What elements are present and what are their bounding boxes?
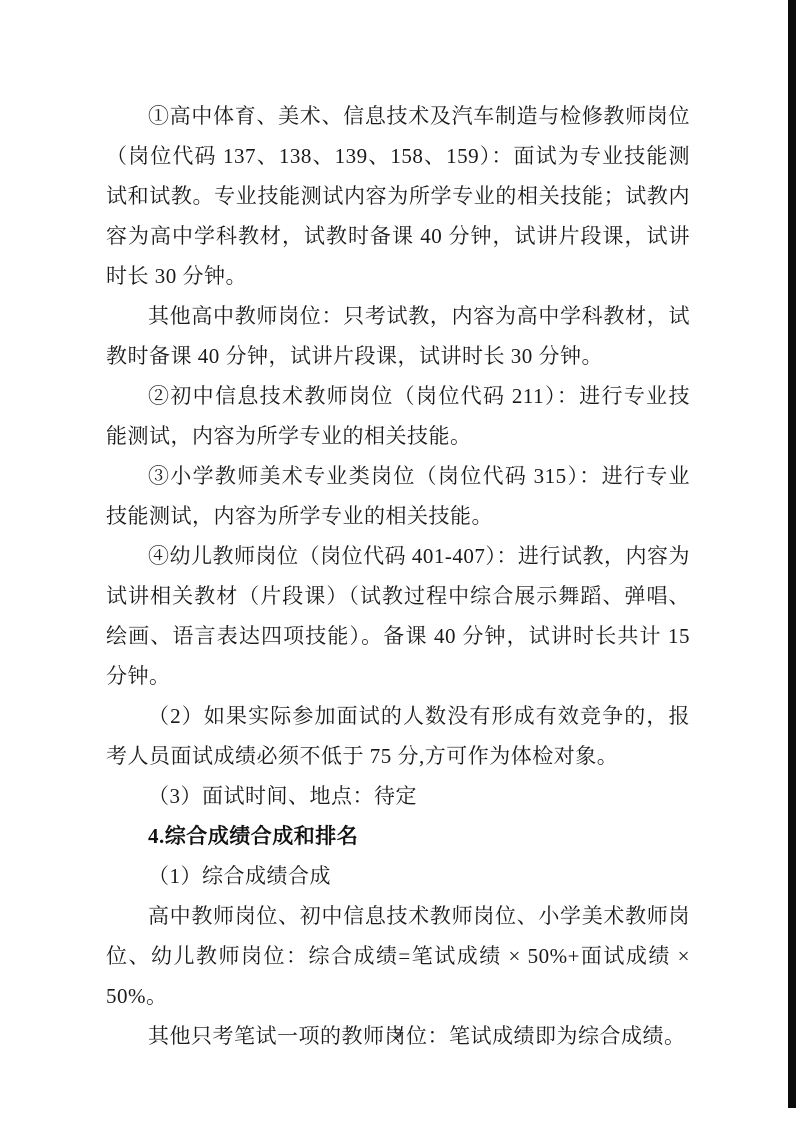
document-page: ①高中体育、美术、信息技术及汽车制造与检修教师岗位（岗位代码 137、138、1… <box>0 0 796 1122</box>
section-heading-composite-score: 4.综合成绩合成和排名 <box>106 816 690 856</box>
paragraph-primary-art-post: ③小学教师美术专业类岗位（岗位代码 315）：进行专业技能测试，内容为所学专业的… <box>106 456 690 536</box>
paragraph-composite-score-formula: 高中教师岗位、初中信息技术教师岗位、小学美术教师岗位、幼儿教师岗位：综合成绩=笔… <box>106 896 690 1016</box>
paragraph-composite-score-subtitle: （1）综合成绩合成 <box>106 856 690 896</box>
paragraph-middle-school-it-post: ②初中信息技术教师岗位（岗位代码 211）：进行专业技能测试，内容为所学专业的相… <box>106 376 690 456</box>
page-body-text: ①高中体育、美术、信息技术及汽车制造与检修教师岗位（岗位代码 137、138、1… <box>106 96 690 1056</box>
paragraph-interview-time-place: （3）面试时间、地点：待定 <box>106 776 690 816</box>
scan-edge-artifact <box>788 0 796 1108</box>
paragraph-kindergarten-posts: ④幼儿教师岗位（岗位代码 401-407）：进行试教，内容为试讲相关教材（片段课… <box>106 536 690 696</box>
paragraph-other-high-school-posts: 其他高中教师岗位：只考试教，内容为高中学科教材，试教时备课 40 分钟，试讲片段… <box>106 296 690 376</box>
paragraph-interview-min-score: （2）如果实际参加面试的人数没有形成有效竞争的，报考人员面试成绩必须不低于 75… <box>106 696 690 776</box>
paragraph-high-school-special-posts: ①高中体育、美术、信息技术及汽车制造与检修教师岗位（岗位代码 137、138、1… <box>106 96 690 296</box>
page-number: 9 <box>0 1024 796 1044</box>
